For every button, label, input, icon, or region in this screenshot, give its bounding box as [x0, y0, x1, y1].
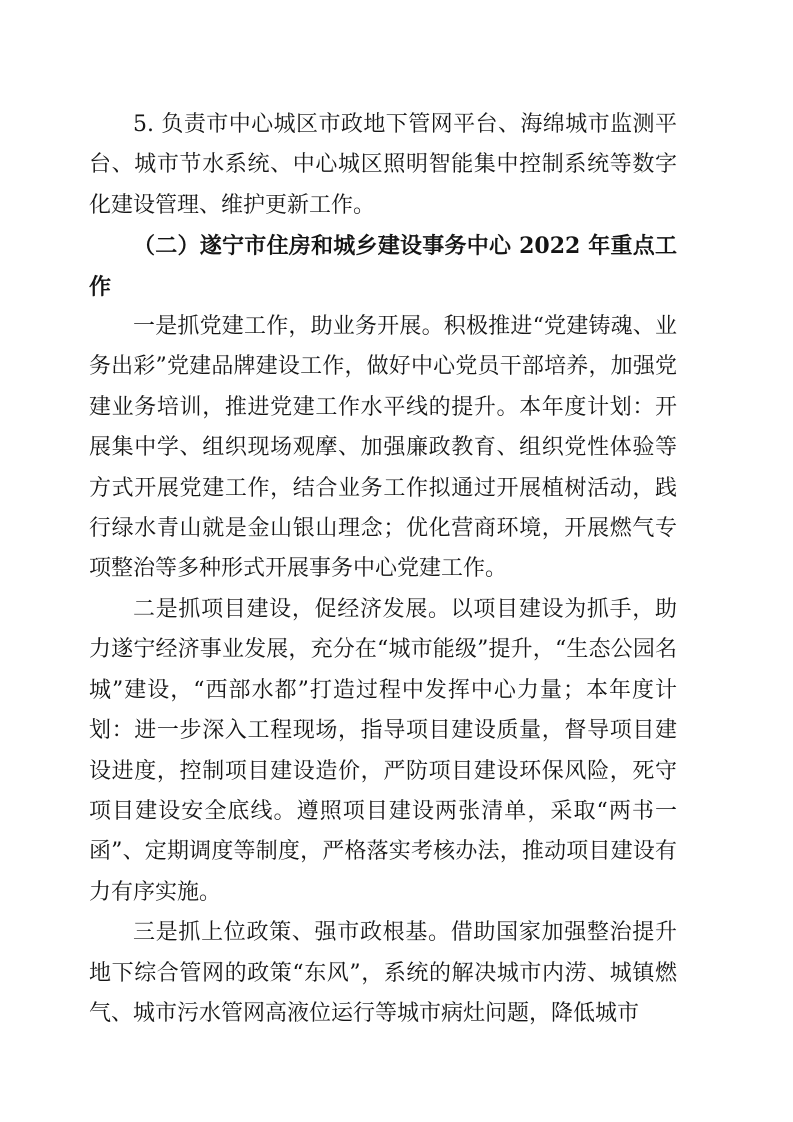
document-page: 5. 负责市中心城区市政地下管网平台、海绵城市监测平台、城市节水系统、中心城区照… — [0, 0, 793, 1122]
numbered-item-5: 5. 负责市中心城区市政地下管网平台、海绵城市监测平台、城市节水系统、中心城区照… — [89, 105, 677, 226]
paragraph-party-building: 一是抓党建工作，助业务开展。积极推进“党建铸魂、业务出彩”党建品牌建设工作，做好… — [89, 307, 677, 590]
paragraph-policy-foundation: 三是抓上位政策、强市政根基。借助国家加强整治提升地下综合管网的政策“东风”，系统… — [89, 913, 677, 1034]
document-body: 5. 负责市中心城区市政地下管网平台、海绵城市监测平台、城市节水系统、中心城区照… — [89, 105, 677, 1034]
paragraph-project-construction: 二是抓项目建设，促经济发展。以项目建设为抓手，助力遂宁经济事业发展，充分在“城市… — [89, 590, 677, 913]
section-heading: （二）遂宁市住房和城乡建设事务中心 2022 年重点工作 — [89, 226, 677, 307]
